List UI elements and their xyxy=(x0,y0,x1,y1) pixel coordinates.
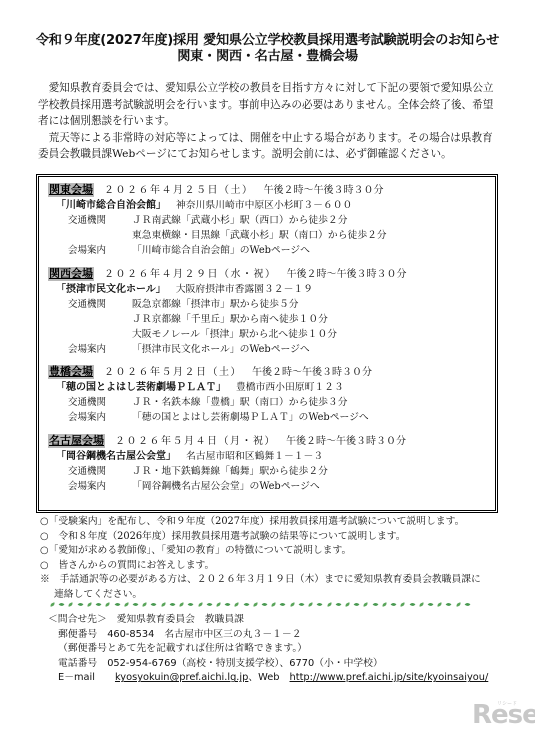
transport-label: 交通機関 xyxy=(68,464,132,479)
venue-hall: 「穂の国とよはし芸術劇場ＰＬＡＴ」 xyxy=(56,382,226,393)
venue-time: 午後２時～午後３時３０分 xyxy=(264,185,384,196)
venue-web-link[interactable]: 「穂の国とよはし芸術劇場ＰＬＡＴ」のWebページへ xyxy=(132,412,369,423)
venue-badge: 関東会場 xyxy=(48,183,94,197)
venue-web-link[interactable]: 「川崎市総合自治会館」のWebページへ xyxy=(132,245,310,256)
venue-web-link[interactable]: 「摂津市民文化ホール」のWebページへ xyxy=(132,344,310,355)
transport-line: 東急東横線・目黒線「武蔵小杉」駅（南口）から徒歩２分 xyxy=(132,228,387,243)
venue-kanto: 関東会場２０２６年４月２５日（土）午後２時～午後３時３０分 「川崎市総合自治会館… xyxy=(48,183,488,258)
venue-badge: 関西会場 xyxy=(48,267,94,281)
transport-line: ＪＲ京都線「千里丘」駅から南へ徒歩１０分 xyxy=(132,312,328,327)
title-line-1: 令和９年度(2027年度)採用 愛知県公立学校教員採用選考試験説明会のお知らせ xyxy=(0,33,535,49)
venue-date: ２０２６年５月２日（土） xyxy=(104,367,242,378)
phone-number: 052-954-6769（高校・特別支援学校）、6770（小・中学校） xyxy=(107,658,383,669)
title-line-2: 関東・関西・名古屋・豊橋会場 xyxy=(0,49,535,65)
venues-box: 関東会場２０２６年４月２５日（土）午後２時～午後３時３０分 「川崎市総合自治会館… xyxy=(36,174,498,513)
email-label: E－mail xyxy=(58,672,95,683)
note-item: ※ 手話通訳等の必要がある方は、２０２６年３月１９日（木）までに愛知県教育委員会… xyxy=(40,573,510,588)
guide-label: 会場案内 xyxy=(68,479,132,494)
postal-note: （郵便番号とあて先を記載すれば住所は省略できます。） xyxy=(48,642,528,657)
reseed-logo-sub: リシード xyxy=(497,700,517,707)
postal-label: 郵便番号 xyxy=(58,629,97,640)
venue-toyohashi: 豊橋会場２０２６年５月２日（土）午後２時～午後３時３０分 「穂の国とよはし芸術劇… xyxy=(48,365,488,425)
guide-label: 会場案内 xyxy=(68,342,132,357)
venue-hall: 「摂津市民文化ホール」 xyxy=(56,284,166,295)
web-link[interactable]: http://www.pref.aichi.jp/site/kyoinsaiyo… xyxy=(290,672,489,683)
intro-text: 愛知県教育委員会では、愛知県公立学校の教員を目指す方々に対して下記の要領で愛知県… xyxy=(38,80,500,163)
venue-time: 午後２時～午後３時３０分 xyxy=(286,436,406,447)
web-label: 、Web xyxy=(248,672,279,683)
page-title: 令和９年度(2027年度)採用 愛知県公立学校教員採用選考試験説明会のお知らせ … xyxy=(0,33,535,65)
venue-date: ２０２６年４月２９日（水・祝） xyxy=(104,269,277,280)
venue-web-link[interactable]: 「岡谷鋼機名古屋公会堂」のWebページへ xyxy=(132,481,320,492)
venue-kansai: 関西会場２０２６年４月２９日（水・祝）午後２時～午後３時３０分 「摂津市民文化ホ… xyxy=(48,267,488,357)
venue-date: ２０２６年５月４日（月・祝） xyxy=(115,436,276,447)
phone-label: 電話番号 xyxy=(58,658,97,669)
venue-time: 午後２時～午後３時３０分 xyxy=(252,367,372,378)
postal-address: 名古屋市中区三の丸３－１－２ xyxy=(164,629,301,640)
transport-line: ＪＲ・地下鉄鶴舞線「鶴舞」駅から徒歩２分 xyxy=(132,466,328,477)
venue-address: 大阪府摂津市香露園３２－１９ xyxy=(176,284,313,295)
venue-address: 豊橋市西小田原町１２３ xyxy=(236,382,344,393)
venue-hall: 「岡谷鋼機名古屋公会堂」 xyxy=(56,451,176,462)
transport-line: ＪＲ南武線「武蔵小杉」駅（西口）から徒歩２分 xyxy=(132,215,348,226)
venue-badge: 名古屋会場 xyxy=(48,434,105,448)
contact-section: ＜問合せ先＞ 愛知県教育委員会 教職員課 郵便番号460-8534名古屋市中区三… xyxy=(48,613,528,686)
intro-paragraph-2: 荒天等による非常時の対応等によっては、開催を中止する場合があります。その場合は県… xyxy=(38,130,500,163)
leaf-divider-icon xyxy=(50,600,470,608)
venue-nagoya: 名古屋会場２０２６年５月４日（月・祝）午後２時～午後３時３０分 「岡谷鋼機名古屋… xyxy=(48,434,488,494)
venue-hall: 「川崎市総合自治会館」 xyxy=(56,200,166,211)
transport-label: 交通機関 xyxy=(68,395,132,410)
transport-line: 大阪モノレール「摂津」駅から北へ徒歩１０分 xyxy=(132,327,337,342)
email-link[interactable]: kyosyokuin@pref.aichi.lg.jp xyxy=(115,672,248,683)
venue-time: 午後２時～午後３時３０分 xyxy=(287,269,407,280)
guide-label: 会場案内 xyxy=(68,243,132,258)
guide-label: 会場案内 xyxy=(68,410,132,425)
note-item: ○ 皆さんからの質問にお答えします。 xyxy=(40,559,510,574)
transport-label: 交通機関 xyxy=(68,297,132,312)
venue-badge: 豊橋会場 xyxy=(48,365,94,379)
note-item: ○「愛知が求める教師像」、「愛知の教育」の特徴について説明します。 xyxy=(40,544,510,559)
transport-line: 阪急京都線「摂津市」駅から徒歩５分 xyxy=(132,299,299,310)
notes-list: ○「受験案内」を配布し、令和９年度（2027年度）採用教員採用選考試験について説… xyxy=(40,515,510,602)
intro-paragraph-1: 愛知県教育委員会では、愛知県公立学校の教員を目指す方々に対して下記の要領で愛知県… xyxy=(38,80,500,130)
venue-address: 名古屋市昭和区鶴舞１－１－３ xyxy=(186,451,323,462)
venue-date: ２０２６年４月２５日（土） xyxy=(104,185,254,196)
transport-line: ＪＲ・名鉄本線「豊橋」駅（南口）から徒歩３分 xyxy=(132,397,348,408)
note-item: ○ 令和８年度（2026年度）採用教員採用選考試験の結果等について説明します。 xyxy=(40,530,510,545)
postal-code: 460-8534 xyxy=(107,629,154,640)
contact-heading: ＜問合せ先＞ 愛知県教育委員会 教職員課 xyxy=(48,613,528,628)
transport-label: 交通機関 xyxy=(68,213,132,228)
venue-address: 神奈川県川崎市中原区小杉町３－６００ xyxy=(176,200,352,211)
note-item: ○「受験案内」を配布し、令和９年度（2027年度）採用教員採用選考試験について説… xyxy=(40,515,510,530)
